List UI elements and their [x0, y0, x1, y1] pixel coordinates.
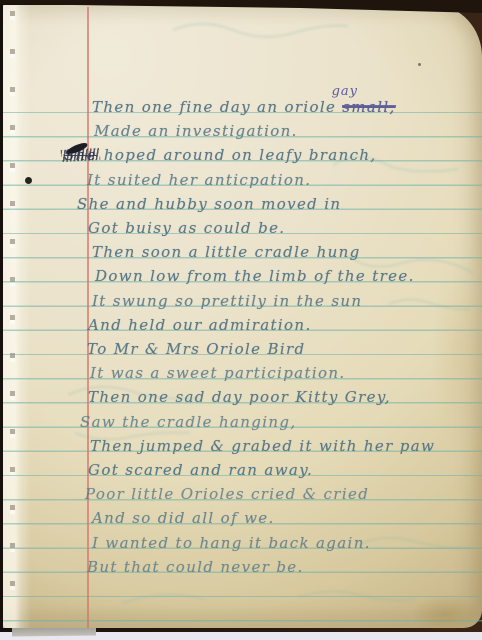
- poem-line-text: Then one fine day an oriole: [92, 98, 336, 116]
- scribbled-out-word: She: [64, 146, 97, 164]
- handwritten-poem: Then one fine day an oriolesmall,gay Mad…: [3, 5, 482, 628]
- poem-line: Poor little Orioles cried & cried: [85, 484, 369, 504]
- poem-line: And held our admiration.: [88, 315, 312, 335]
- poem-line: It suited her anticpation.: [87, 170, 311, 190]
- poem-line: To Mr & Mrs Oriole Bird: [87, 339, 305, 359]
- poem-line-text: hoped around on leafy branch,: [104, 146, 377, 164]
- poem-line: Then jumped & grabed it with her paw: [90, 436, 435, 456]
- poem-line: Then one fine day an oriolesmall,gay: [92, 97, 396, 117]
- poem-line: It swung so prettily in the sun: [92, 291, 362, 311]
- poem-line: But that could never be.: [87, 557, 304, 577]
- poem-line: Made an investigation.: [94, 121, 298, 141]
- poem-line: Down low from the limb of the tree.: [95, 266, 415, 286]
- poem-line: Then one sad day poor Kitty Grey,: [88, 387, 391, 407]
- poem-line: Then soon a little cradle hung: [92, 242, 361, 262]
- poem-line: Shehoped around on leafy branch,: [64, 145, 376, 165]
- poem-line: Got buisy as could be.: [88, 218, 285, 238]
- poem-line: Saw the cradle hanging,: [80, 412, 296, 432]
- poem-line: It was a sweet participation.: [90, 363, 346, 383]
- inserted-correction-word: gay: [332, 82, 358, 102]
- poem-line: I wanted to hang it back again.: [92, 533, 371, 553]
- notebook-page: Then one fine day an oriolesmall,gay Mad…: [3, 5, 482, 628]
- scanned-notebook-photo: Then one fine day an oriolesmall,gay Mad…: [0, 0, 482, 640]
- poem-line: And so did all of we.: [92, 508, 275, 528]
- poem-line: She and hubby soon moved in: [77, 194, 341, 214]
- poem-line: Got scared and ran away.: [88, 460, 313, 480]
